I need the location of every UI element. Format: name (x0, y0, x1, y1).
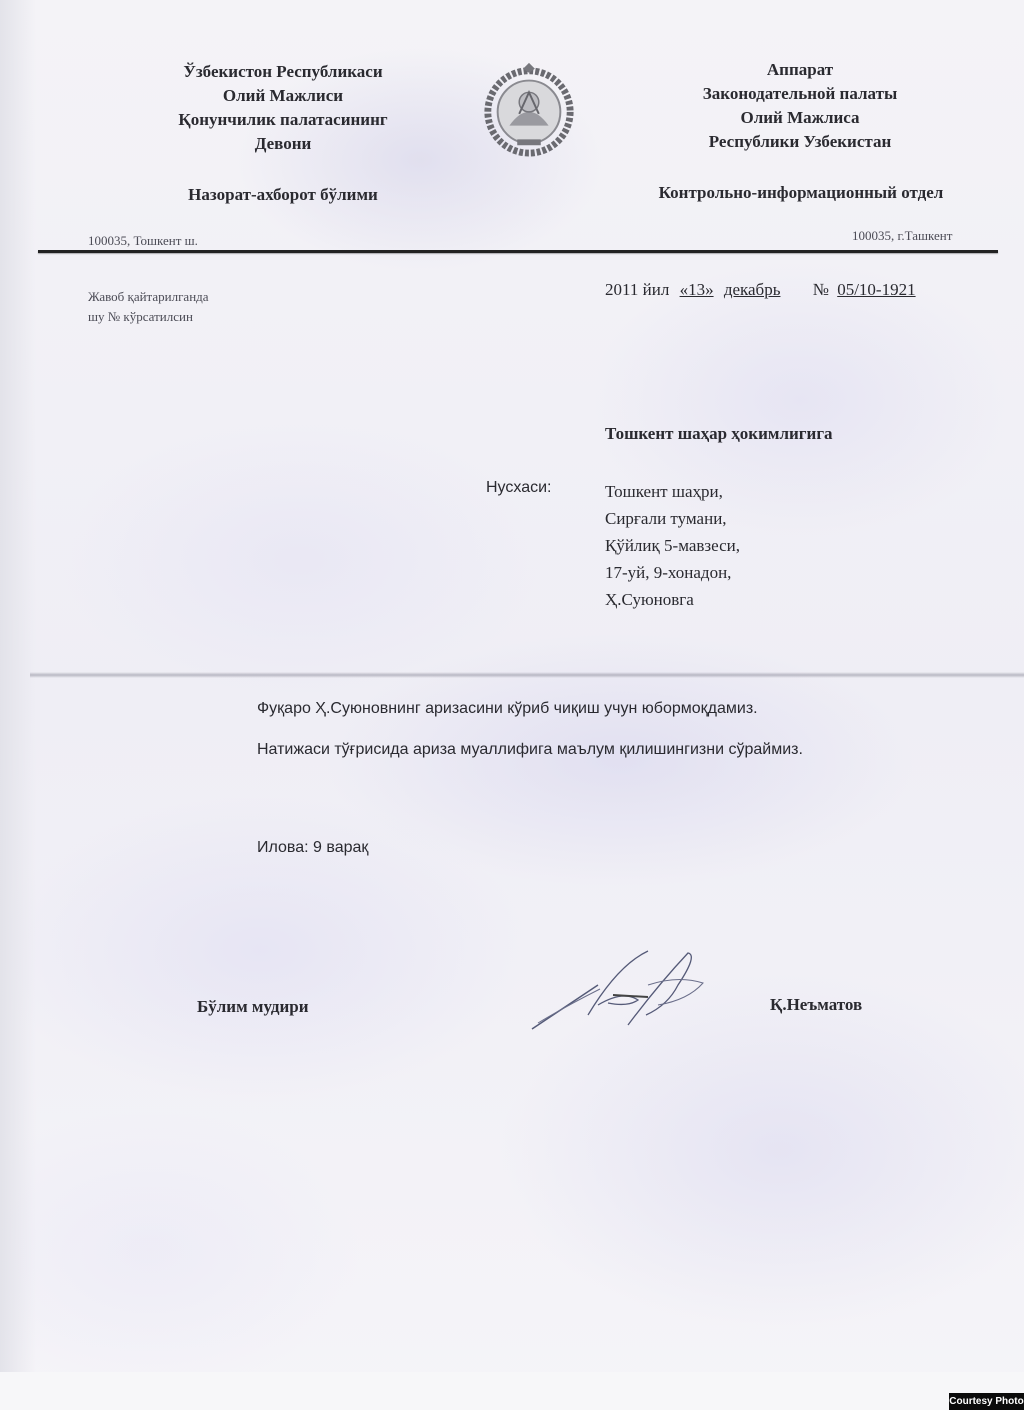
header-left-line: Девони (118, 132, 448, 156)
reply-note-line: шу № кўрсатилсин (88, 307, 209, 327)
address-left: 100035, Тошкент ш. (88, 233, 198, 249)
header-divider (38, 250, 998, 253)
handwritten-signature-icon (528, 945, 738, 1035)
document-number: 05/10-1921 (837, 280, 915, 299)
state-emblem-icon (480, 58, 578, 158)
header-left-department: Назорат-ахборот бўлими (118, 183, 448, 207)
attachment-note: Илова: 9 варақ (257, 839, 368, 857)
address-right: 100035, г.Ташкент (852, 228, 952, 244)
header-right-line: Аппарат (640, 58, 960, 82)
copy-address-line: 17-уй, 9-хонадон, (605, 559, 740, 586)
reply-note: Жавоб қайтарилганда шу № кўрсатилсин (88, 287, 209, 327)
header-right-line: Республики Узбекистан (640, 130, 960, 154)
number-label: № (813, 280, 829, 299)
photo-credit-badge: Courtesy Photo (949, 1393, 1024, 1410)
copy-address-line: Қўйлиқ 5-мавзеси, (605, 532, 740, 559)
header-right-org: Аппарат Законодательной палаты Олий Мажл… (640, 58, 960, 154)
header-left-org: Ўзбекистон Республикаси Олий Мажлиси Қон… (118, 60, 448, 156)
signer-title: Бўлим мудири (197, 997, 309, 1017)
copy-address-line: Тошкент шаҳри, (605, 478, 740, 505)
date-year: 2011 йил (605, 280, 669, 299)
body-paragraph-1: Фуқаро Ҳ.Суюновнинг аризасини кўриб чиқи… (257, 700, 758, 718)
signer-name: Қ.Неъматов (770, 995, 862, 1015)
copy-label: Нусхаси: (486, 479, 551, 497)
reply-note-line: Жавоб қайтарилганда (88, 287, 209, 307)
paper-fold-crease (30, 672, 1024, 678)
header-right-line: Законодательной палаты (640, 82, 960, 106)
date-day: «13» (680, 280, 714, 299)
header-right-department: Контрольно-информационный отдел (612, 181, 990, 205)
body-paragraph-2: Натижаси тўғрисида ариза муаллифига маъл… (257, 741, 803, 759)
document-date-number: 2011 йил «13» декабрь № 05/10-1921 (605, 280, 916, 300)
copy-address: Тошкент шаҳри, Сирғали тумани, Қўйлиқ 5-… (605, 478, 740, 613)
copy-address-line: Ҳ.Суюновга (605, 586, 740, 613)
header-left-line: Ўзбекистон Республикаси (118, 60, 448, 84)
header-left-line: Қонунчилик палатасининг (118, 108, 448, 132)
date-month: декабрь (724, 280, 801, 299)
recipient-main: Тошкент шаҳар ҳокимлигига (605, 424, 833, 444)
paper-bottom-margin (0, 1372, 1024, 1410)
copy-address-line: Сирғали тумани, (605, 505, 740, 532)
paper-edge-shadow (0, 0, 36, 1410)
header-left-line: Олий Мажлиси (118, 84, 448, 108)
header-right-line: Олий Мажлиса (640, 106, 960, 130)
